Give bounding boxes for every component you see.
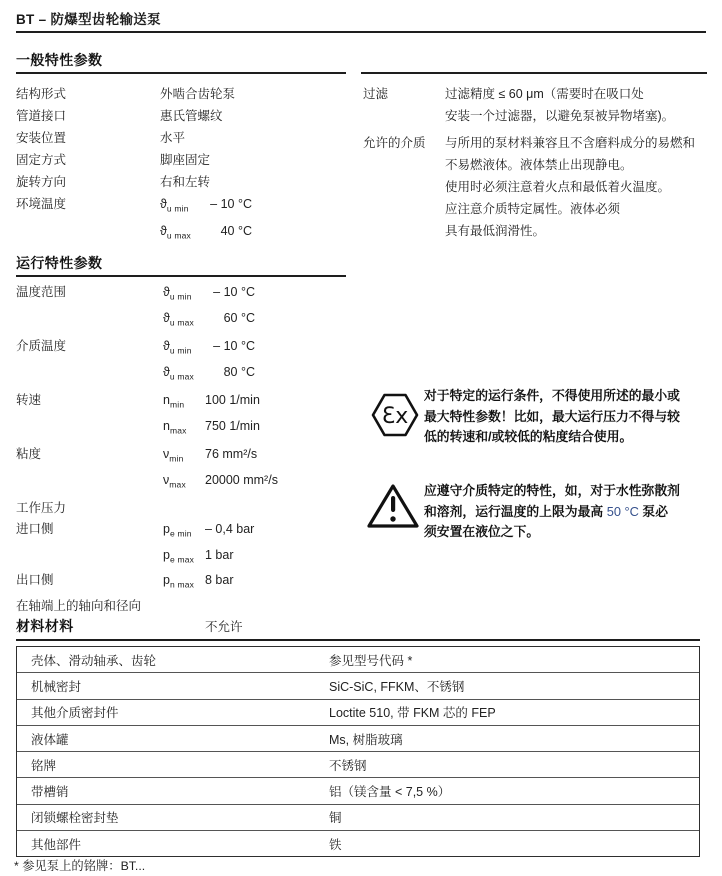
material-value: 铜: [329, 808, 699, 826]
operating-rule: [16, 275, 346, 277]
spec-row: 环境温度 ϑu min – 10 °C ϑu max 40 °C: [16, 193, 356, 246]
material-value: 铁: [329, 835, 699, 853]
spec-label: 管道接口: [16, 105, 160, 127]
footnote: * 参见泵上的铭牌：BT...: [14, 856, 145, 874]
spec-row: 结构形式 外啮合齿轮泵: [16, 83, 356, 105]
ex-warning-text: 对于特定的运行条件，不得使用所述的最小或 最大特性参数！比如，最大运行压力不得与…: [424, 386, 720, 448]
material-label: 液体罐: [17, 730, 329, 748]
material-label: 闭锁螺栓密封垫: [17, 808, 329, 826]
general-left-column: 结构形式 外啮合齿轮泵 管道接口 惠氏管螺纹 安装位置 水平 固定方式 脚座固定…: [16, 83, 356, 246]
spec-label: 旋转方向: [16, 171, 160, 193]
caution-triangle-icon: [366, 482, 420, 533]
material-label: 其他部件: [17, 835, 329, 853]
ex-atex-icon: Ɛx: [371, 392, 419, 441]
spec-value: 惠氏管螺纹: [160, 105, 223, 127]
table-row: 带槽销 铝（镁含量 < 7,5 %）: [17, 778, 699, 804]
spec-label: 安装位置: [16, 127, 160, 149]
section-heading-general: 一般特性参数: [16, 50, 102, 70]
spec-value: 40 °C: [202, 220, 252, 247]
materials-rule: [16, 639, 700, 641]
spec-row: 安装位置 水平: [16, 127, 356, 149]
theta-symbol: ϑ: [160, 224, 167, 238]
page-title: BT – 防爆型齿轮输送泵: [16, 8, 161, 28]
general-rule-right: [361, 72, 707, 74]
spec-value: 与所用的泵材料兼容且不含磨料成分的易燃和 不易燃液体。液体禁止出现静电。 使用时…: [445, 132, 695, 242]
spec-label: 允许的介质: [363, 132, 445, 242]
spec-row-media-temp: 介质温度 ϑu min– 10 °C ϑu max80 °C: [16, 336, 356, 387]
material-value: 参见型号代码 *: [329, 651, 699, 669]
material-label: 带槽销: [17, 782, 329, 800]
table-row: 铭牌 不锈钢: [17, 752, 699, 778]
table-row: 机械密封 SiC-SiC, FFKM、不锈钢: [17, 673, 699, 699]
general-rule-left: [16, 72, 346, 74]
spec-row: 管道接口 惠氏管螺纹: [16, 105, 356, 127]
spec-value: 水平: [160, 127, 185, 149]
material-value: SiC-SiC, FFKM、不锈钢: [329, 677, 699, 695]
spec-value: 过滤精度 ≤ 60 μm（需要时在吸口处 安装一个过滤器，以避免泵被异物堵塞)。: [445, 83, 674, 127]
spec-row-temp-range: 温度范围 ϑu min– 10 °C ϑu max60 °C: [16, 282, 356, 333]
spec-row-outlet: 出口侧 pn max8 bar: [16, 570, 356, 596]
spec-row: 旋转方向 右和左转: [16, 171, 356, 193]
material-value: Loctite 510, 带 FKM 芯的 FEP: [329, 703, 699, 721]
table-row: 其他部件 铁: [17, 831, 699, 856]
materials-table: 壳体、滑动轴承、齿轮 参见型号代码 * 机械密封 SiC-SiC, FFKM、不…: [16, 646, 700, 857]
ambient-temp-max: ϑu max 40 °C: [160, 220, 252, 247]
material-label: 其他介质密封件: [17, 703, 329, 721]
section-heading-materials: 材料材料: [16, 616, 74, 636]
spec-row-working-pressure: 工作压力: [16, 498, 356, 519]
table-row: 闭锁螺栓密封垫 铜: [17, 805, 699, 831]
spec-row-media: 允许的介质 与所用的泵材料兼容且不含磨料成分的易燃和 不易燃液体。液体禁止出现静…: [363, 132, 711, 242]
caution-warning-text: 应遵守介质特定的特性，如，对于水性弥散剂 和溶剂，运行温度的上限为最高 50 °…: [424, 481, 720, 543]
material-value: Ms, 树脂玻璃: [329, 730, 699, 748]
material-value: 铝（镁含量 < 7,5 %）: [329, 782, 699, 800]
material-label: 铭牌: [17, 756, 329, 774]
table-row: 其他介质密封件 Loctite 510, 带 FKM 芯的 FEP: [17, 700, 699, 726]
material-label: 壳体、滑动轴承、齿轮: [17, 651, 329, 669]
spec-value: 外啮合齿轮泵: [160, 83, 235, 105]
ex-symbol-text: Ɛx: [382, 404, 409, 429]
title-rule: [16, 31, 706, 33]
spec-label: 结构形式: [16, 83, 160, 105]
spec-row-viscosity: 粘度 νmin76 mm²/s νmax20000 mm²/s: [16, 444, 356, 495]
spec-label: 环境温度: [16, 193, 160, 246]
theta-symbol: ϑ: [160, 197, 167, 211]
section-heading-operating: 运行特性参数: [16, 253, 102, 273]
material-value: 不锈钢: [329, 756, 699, 774]
spec-value: 脚座固定: [160, 149, 210, 171]
spec-row-speed: 转速 nmin100 1/min nmax750 1/min: [16, 390, 356, 441]
general-right-column: 过滤 过滤精度 ≤ 60 μm（需要时在吸口处 安装一个过滤器，以避免泵被异物堵…: [363, 83, 711, 242]
temp-limit-value: 50 °C: [607, 504, 639, 519]
spec-row-filter: 过滤 过滤精度 ≤ 60 μm（需要时在吸口处 安装一个过滤器，以避免泵被异物堵…: [363, 83, 711, 127]
material-label: 机械密封: [17, 677, 329, 695]
spec-value: ϑu min – 10 °C ϑu max 40 °C: [160, 193, 252, 246]
spec-label: 固定方式: [16, 149, 160, 171]
spec-row-inlet: 进口侧 pe min– 0,4 bar pe max1 bar: [16, 519, 356, 570]
spec-value: – 10 °C: [202, 193, 252, 220]
operating-column: 温度范围 ϑu min– 10 °C ϑu max60 °C 介质温度 ϑu m…: [16, 282, 356, 641]
spec-label: 过滤: [363, 83, 445, 127]
spec-row: 固定方式 脚座固定: [16, 149, 356, 171]
spec-value: 右和左转: [160, 171, 210, 193]
ambient-temp-min: ϑu min – 10 °C: [160, 193, 252, 220]
datasheet-page: BT – 防爆型齿轮输送泵 一般特性参数 结构形式 外啮合齿轮泵 管道接口 惠氏…: [0, 0, 722, 876]
table-row: 壳体、滑动轴承、齿轮 参见型号代码 *: [17, 647, 699, 673]
table-row: 液体罐 Ms, 树脂玻璃: [17, 726, 699, 752]
